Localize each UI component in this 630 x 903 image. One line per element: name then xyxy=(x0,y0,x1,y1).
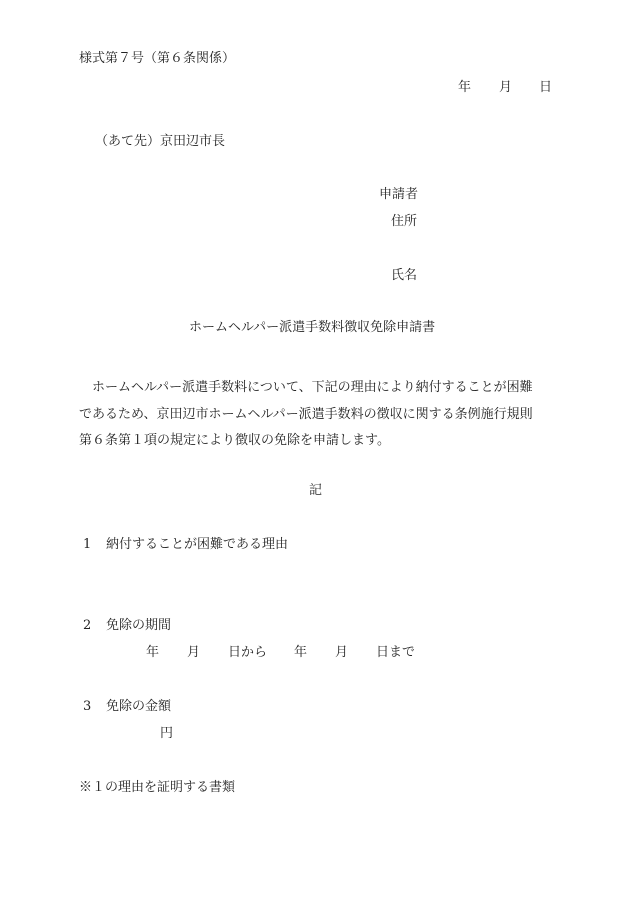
item-label: 納付することが困難である理由 xyxy=(106,537,288,553)
date-day-label: 日 xyxy=(539,80,552,96)
name-label: 氏名 xyxy=(391,268,417,284)
period-from-year: 年 xyxy=(146,645,159,661)
addressee: （あて先）京田辺市長 xyxy=(95,134,225,150)
document-title: ホームヘルパー派遣手数料徴収免除申請書 xyxy=(189,320,435,336)
date-month-label: 月 xyxy=(499,80,512,96)
ki-heading: 記 xyxy=(309,483,322,499)
period-from-day: 日から xyxy=(228,645,267,661)
note: ※１の理由を証明する書類 xyxy=(79,780,235,796)
item-number: 3 xyxy=(83,699,91,715)
period-from-month: 月 xyxy=(187,645,200,661)
body-paragraph: ホームヘルパー派遣手数料について、下記の理由により納付することが困難 であるため… xyxy=(79,375,549,455)
body-line: 第６条第１項の規定により徴収の免除を申請します。 xyxy=(79,428,549,455)
address-label: 住所 xyxy=(391,214,417,230)
form-number: 様式第７号（第６条関係） xyxy=(79,51,235,67)
period-to-day: 日まで xyxy=(376,645,415,661)
body-line: ホームヘルパー派遣手数料について、下記の理由により納付することが困難 xyxy=(79,375,549,402)
period-to-month: 月 xyxy=(335,645,348,661)
amount-unit: 円 xyxy=(160,726,173,742)
period-to-year: 年 xyxy=(294,645,307,661)
item-number: 1 xyxy=(83,537,91,553)
item-label: 免除の金額 xyxy=(106,699,171,715)
body-line: であるため、京田辺市ホームヘルパー派遣手数料の徴収に関する条例施行規則 xyxy=(79,402,549,429)
item-label: 免除の期間 xyxy=(106,618,171,634)
item-number: 2 xyxy=(83,618,91,634)
applicant-label: 申請者 xyxy=(379,187,418,203)
date-year-label: 年 xyxy=(458,80,471,96)
